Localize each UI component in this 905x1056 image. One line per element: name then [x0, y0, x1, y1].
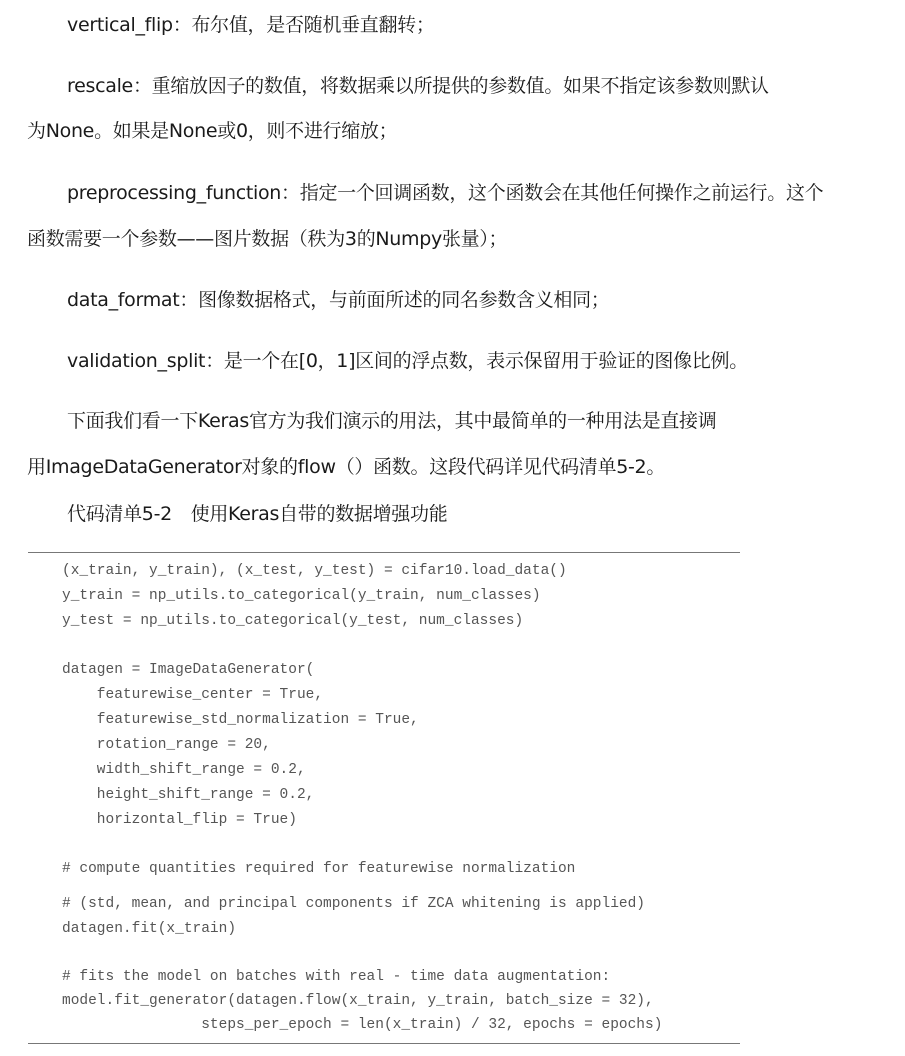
code-comment: # compute quantities required for featur… — [62, 860, 575, 878]
code-top-rule — [28, 552, 740, 553]
param-rescale: rescale：重缩放因子的数值，将数据乘以所提供的参数值。如果不指定该参数则默… — [67, 74, 769, 98]
code-line: y_train = np_utils.to_categorical(y_trai… — [62, 587, 541, 605]
intro-paragraph-cont: 用ImageDataGenerator对象的flow（）函数。这段代码详见代码清… — [27, 455, 665, 479]
code-line: datagen = ImageDataGenerator( — [62, 661, 314, 679]
param-data-format: data_format：图像数据格式，与前面所述的同名参数含义相同； — [67, 288, 610, 312]
code-line: featurewise_center = True, — [62, 686, 323, 704]
code-line: height_shift_range = 0.2, — [62, 786, 314, 804]
code-line: width_shift_range = 0.2, — [62, 761, 306, 779]
code-line: datagen.fit(x_train) — [62, 920, 236, 938]
param-validation-split: validation_split：是一个在[0，1]区间的浮点数，表示保留用于验… — [67, 349, 748, 373]
code-line: y_test = np_utils.to_categorical(y_test,… — [62, 612, 523, 630]
param-preprocessing-function: preprocessing_function：指定一个回调函数，这个函数会在其他… — [67, 181, 823, 205]
intro-paragraph: 下面我们看一下Keras官方为我们演示的用法，其中最简单的一种用法是直接调 — [67, 409, 716, 433]
code-line: (x_train, y_train), (x_test, y_test) = c… — [62, 562, 567, 580]
listing-caption: 代码清单5-2 使用Keras自带的数据增强功能 — [67, 502, 447, 526]
param-vertical-flip: vertical_flip：布尔值，是否随机垂直翻转； — [67, 13, 435, 37]
param-rescale-cont: 为None。如果是None或0，则不进行缩放； — [27, 119, 397, 143]
param-preprocessing-function-cont: 函数需要一个参数——图片数据（秩为3的Numpy张量）； — [27, 227, 507, 251]
code-line: steps_per_epoch = len(x_train) / 32, epo… — [62, 1016, 662, 1034]
code-line: horizontal_flip = True) — [62, 811, 297, 829]
code-bottom-rule — [28, 1043, 740, 1044]
code-line: rotation_range = 20, — [62, 736, 271, 754]
code-line: model.fit_generator(datagen.flow(x_train… — [62, 992, 654, 1010]
code-comment: # (std, mean, and principal components i… — [62, 895, 645, 913]
code-line: featurewise_std_normalization = True, — [62, 711, 419, 729]
code-comment: # fits the model on batches with real - … — [62, 968, 610, 986]
